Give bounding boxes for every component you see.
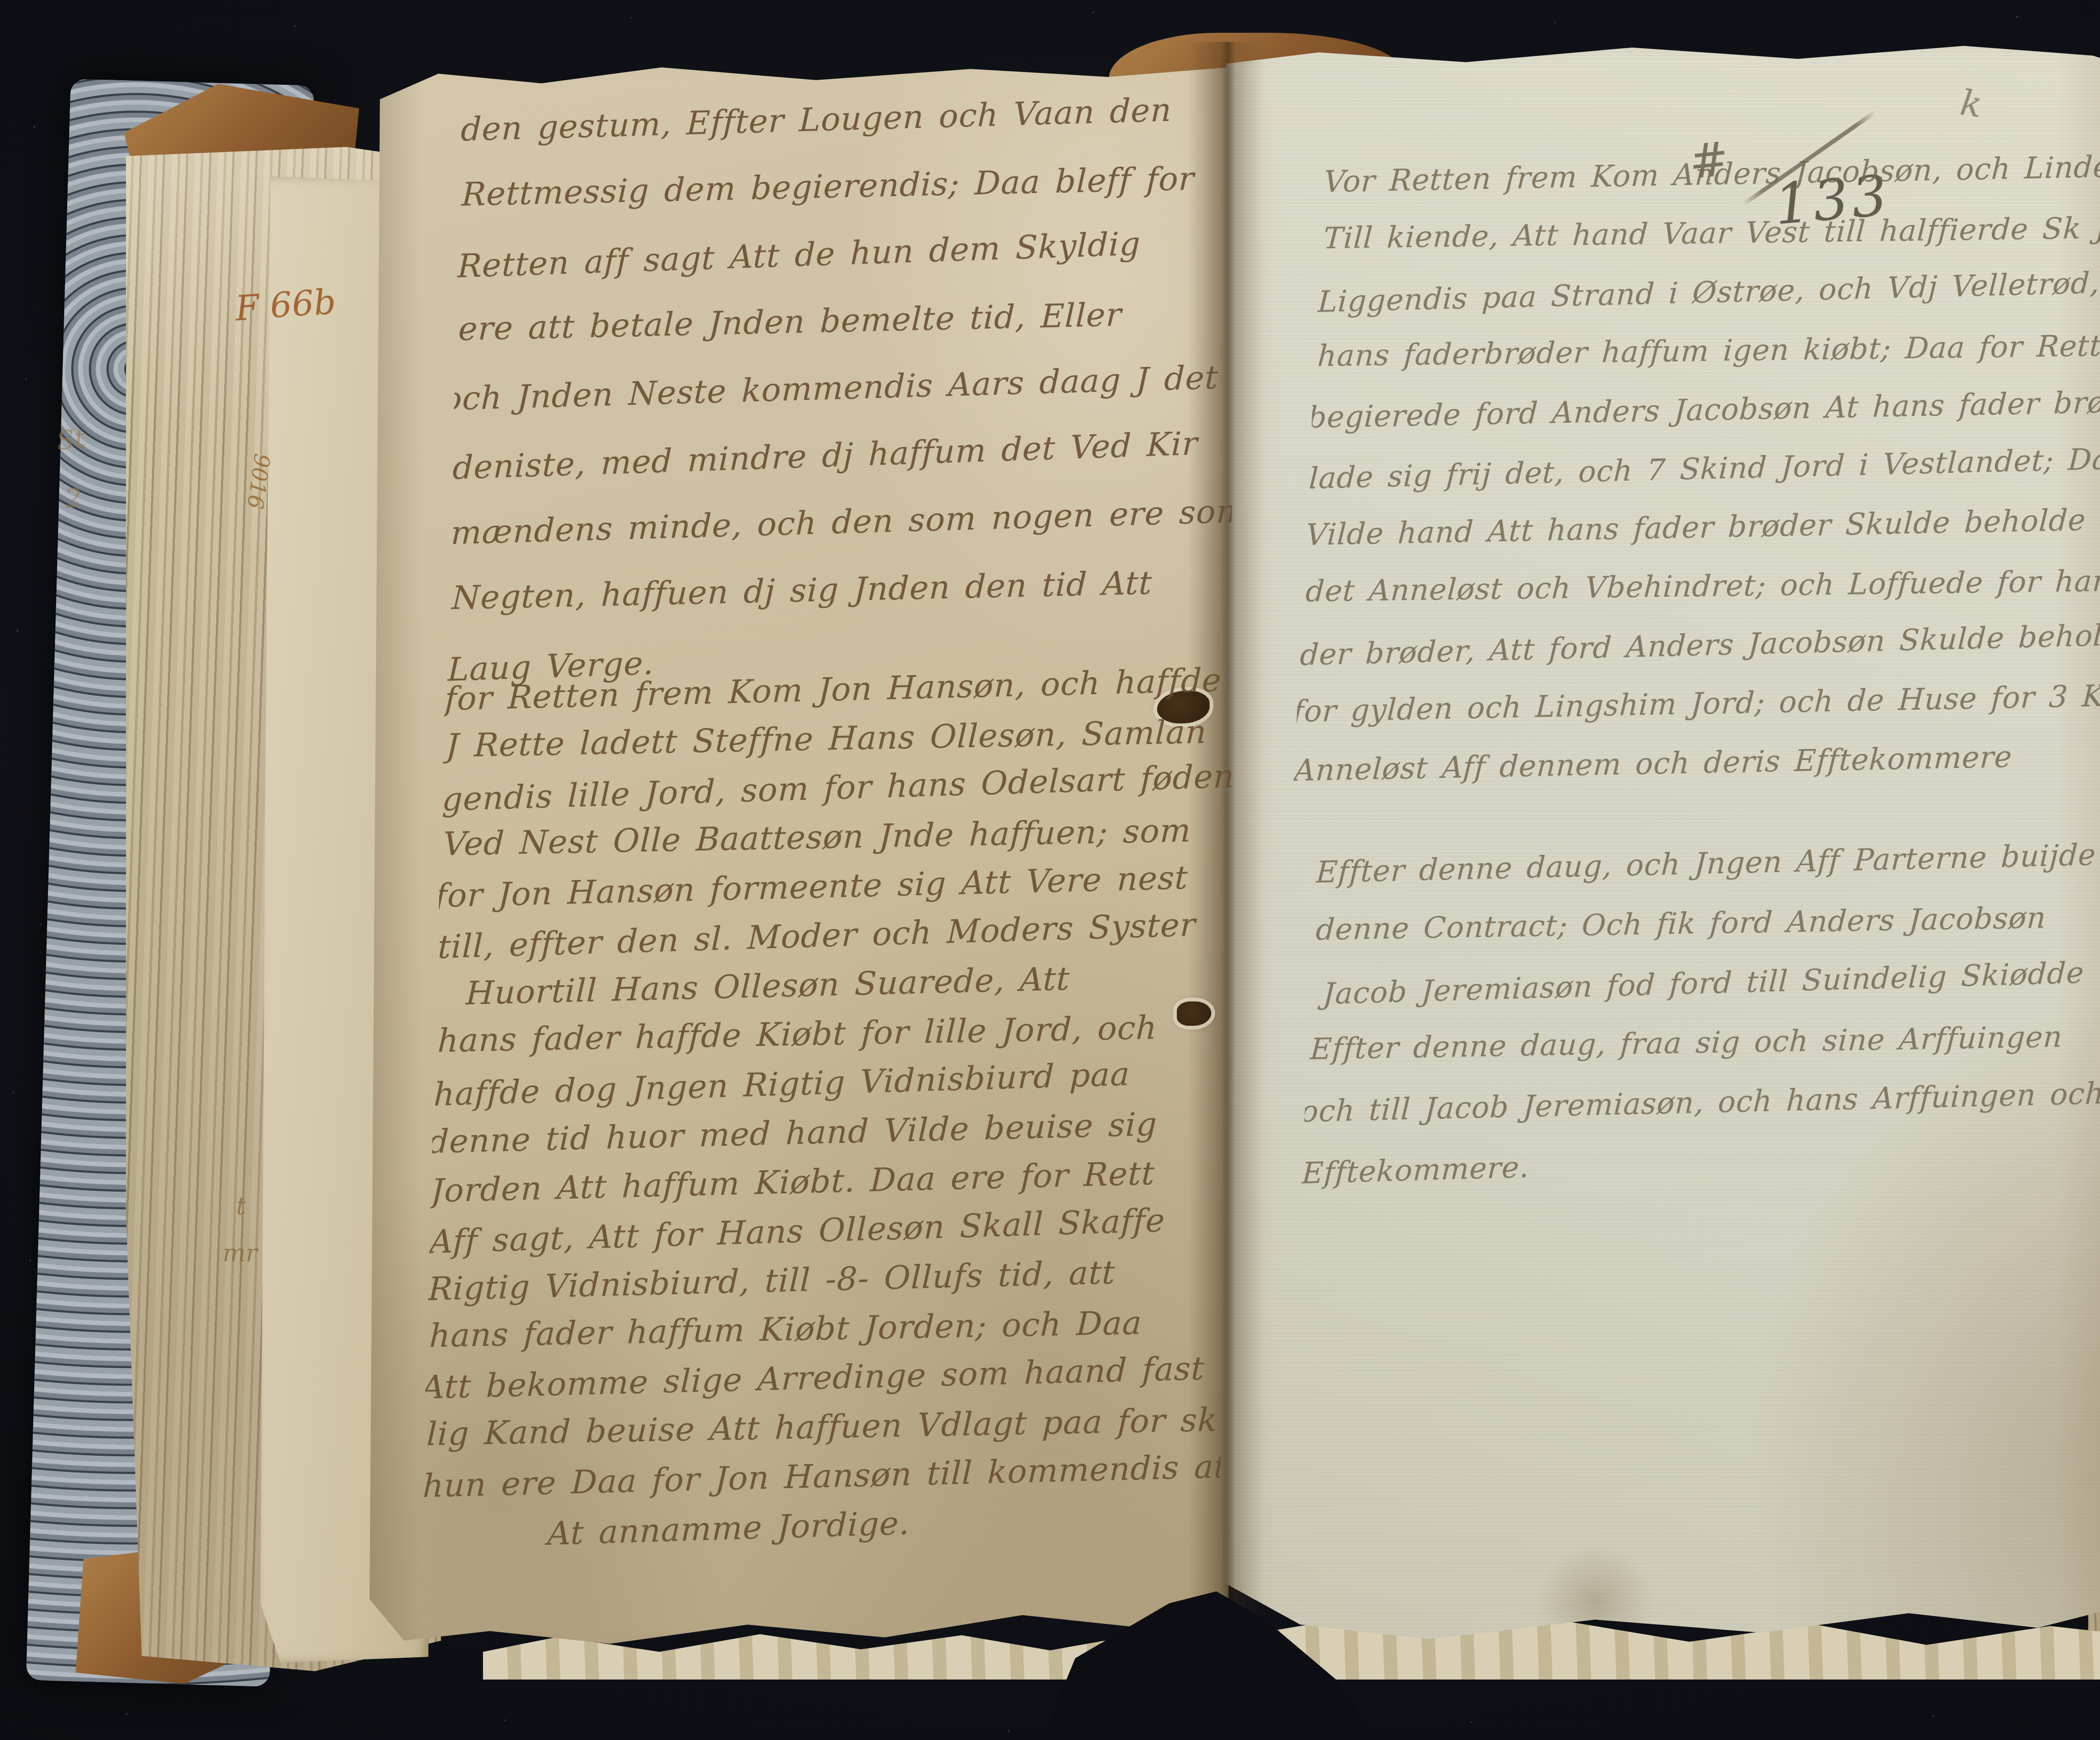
- right-page-paragraph-2: Effter denne daug, och Jngen Aff Partern…: [1299, 824, 2100, 1229]
- margin-mark: St: [55, 423, 87, 456]
- left-page-paragraph-1: den gestum, Effter Lougen och Vaan denRe…: [446, 75, 1242, 736]
- margin-mark: t: [236, 1192, 246, 1220]
- left-page-paragraph-2: for Retten frem Kom Jon Hansøn, och haff…: [420, 655, 1243, 1583]
- margin-mark: mr: [223, 1239, 257, 1267]
- margin-note: F 66b: [234, 282, 337, 329]
- archival-photograph: 9016 F 66b St 2 t mr # 133 k den gestum,…: [0, 0, 2100, 1740]
- margin-mark: 2: [64, 482, 83, 514]
- dust-speckles: [0, 0, 2, 2]
- right-page-paragraph-1: Vor Retten frem Kom Anders Jacobsøn, och…: [1291, 136, 2100, 825]
